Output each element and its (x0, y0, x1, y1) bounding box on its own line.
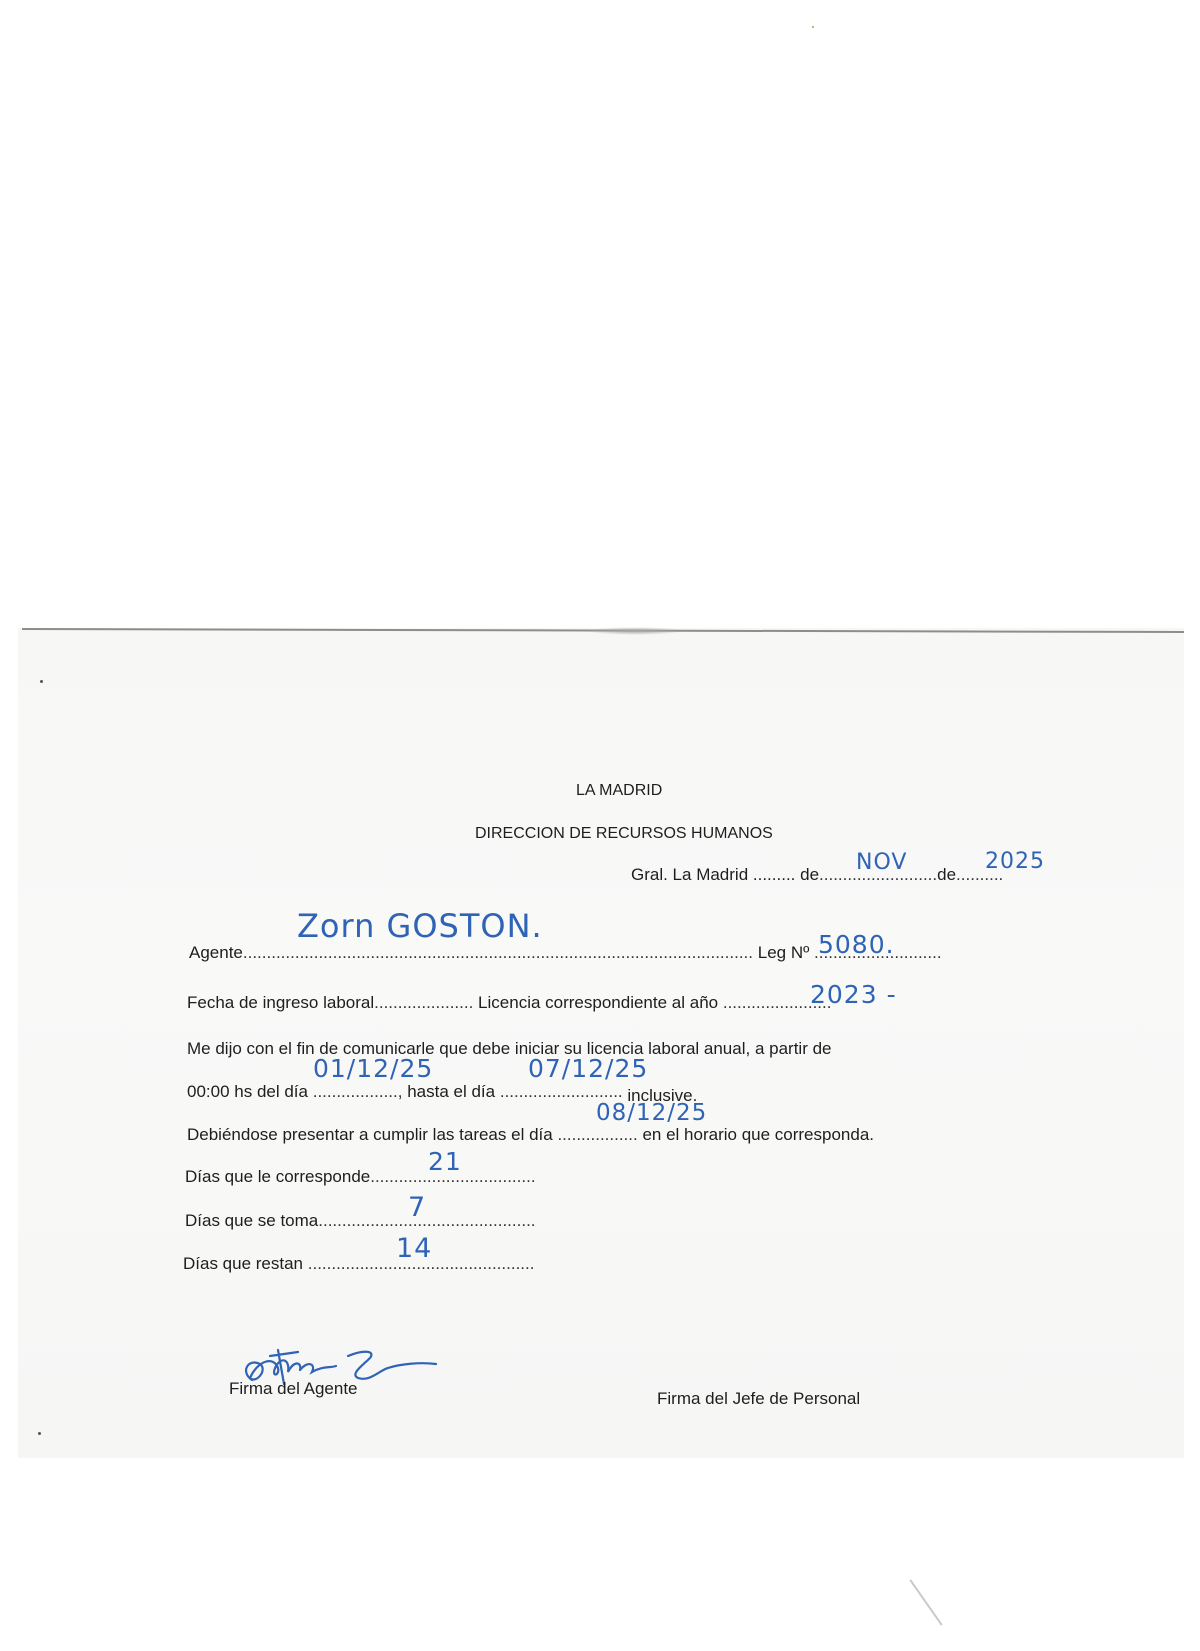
corner-crease (909, 1579, 942, 1625)
licencia-label: Licencia correspondiente al año (478, 993, 718, 1012)
chief-signature-label: Firma del Jefe de Personal (657, 1390, 860, 1407)
days-entitled-handwritten: 21 (428, 1149, 462, 1174)
days-taken-line: Días que se toma........................… (185, 1212, 536, 1229)
period-end-label: hasta el día (407, 1082, 495, 1101)
place-prefix: Gral. La Madrid ......... de (631, 865, 819, 884)
days-taken-label: Días que se toma (185, 1211, 318, 1230)
days-entitled-label: Días que le corresponde (185, 1167, 370, 1186)
leg-label: Leg Nº (758, 943, 810, 962)
days-entitled-line: Días que le corresponde.................… (185, 1168, 536, 1185)
agent-label: Agente (189, 943, 243, 962)
month-handwritten: NOV (856, 852, 907, 874)
department-title: DIRECCION DE RECURSOS HUMANOS (475, 826, 773, 842)
return-line: Debiéndose presentar a cumplir las tarea… (187, 1126, 874, 1143)
ingreso-line: Fecha de ingreso laboral................… (187, 994, 831, 1011)
org-title: LA MADRID (576, 783, 662, 799)
fold-smudge (585, 627, 685, 635)
place-date-line: Gral. La Madrid ......... de............… (631, 866, 1003, 883)
year-label: de (937, 865, 956, 884)
licencia-year-handwritten: 2023 - (810, 982, 897, 1007)
scan-speck (812, 26, 814, 28)
return-label: Debiéndose presentar a cumplir las tarea… (187, 1125, 553, 1144)
end-date-handwritten: 07/12/25 (528, 1056, 648, 1081)
start-date-handwritten: 01/12/25 (313, 1056, 433, 1081)
agent-signature-label: Firma del Agente (229, 1380, 358, 1397)
ingreso-label: Fecha de ingreso laboral (187, 993, 374, 1012)
notice-text: Me dijo con el fin de comunicarle que de… (187, 1040, 831, 1057)
scan-speck (38, 1432, 41, 1435)
return-date-handwritten: 08/12/25 (596, 1102, 707, 1125)
agent-name-handwritten: Zorn GOSTON. (297, 910, 543, 942)
agent-dots: ........................................… (243, 943, 753, 962)
days-remaining-label: Días que restan (183, 1254, 308, 1273)
period-start-label: 00:00 hs del día (187, 1082, 308, 1101)
days-taken-handwritten: 7 (408, 1194, 426, 1221)
period-end-dots: .......................... (500, 1082, 623, 1101)
leg-number-handwritten: 5080. (818, 932, 895, 957)
period-start-dots: .................., (313, 1082, 403, 1101)
scan-speck (40, 680, 43, 683)
return-dots: ................. (557, 1125, 637, 1144)
days-taken-dots: ........................................… (318, 1211, 535, 1230)
year-handwritten: 2025 (985, 851, 1045, 873)
days-remaining-handwritten: 14 (396, 1235, 432, 1262)
return-suffix: en el horario que corresponda. (642, 1125, 874, 1144)
ingreso-dots: ..................... (374, 993, 473, 1012)
period-line: 00:00 hs del día .................., has… (187, 1083, 697, 1100)
days-remaining-line: Días que restan ........................… (183, 1255, 534, 1272)
